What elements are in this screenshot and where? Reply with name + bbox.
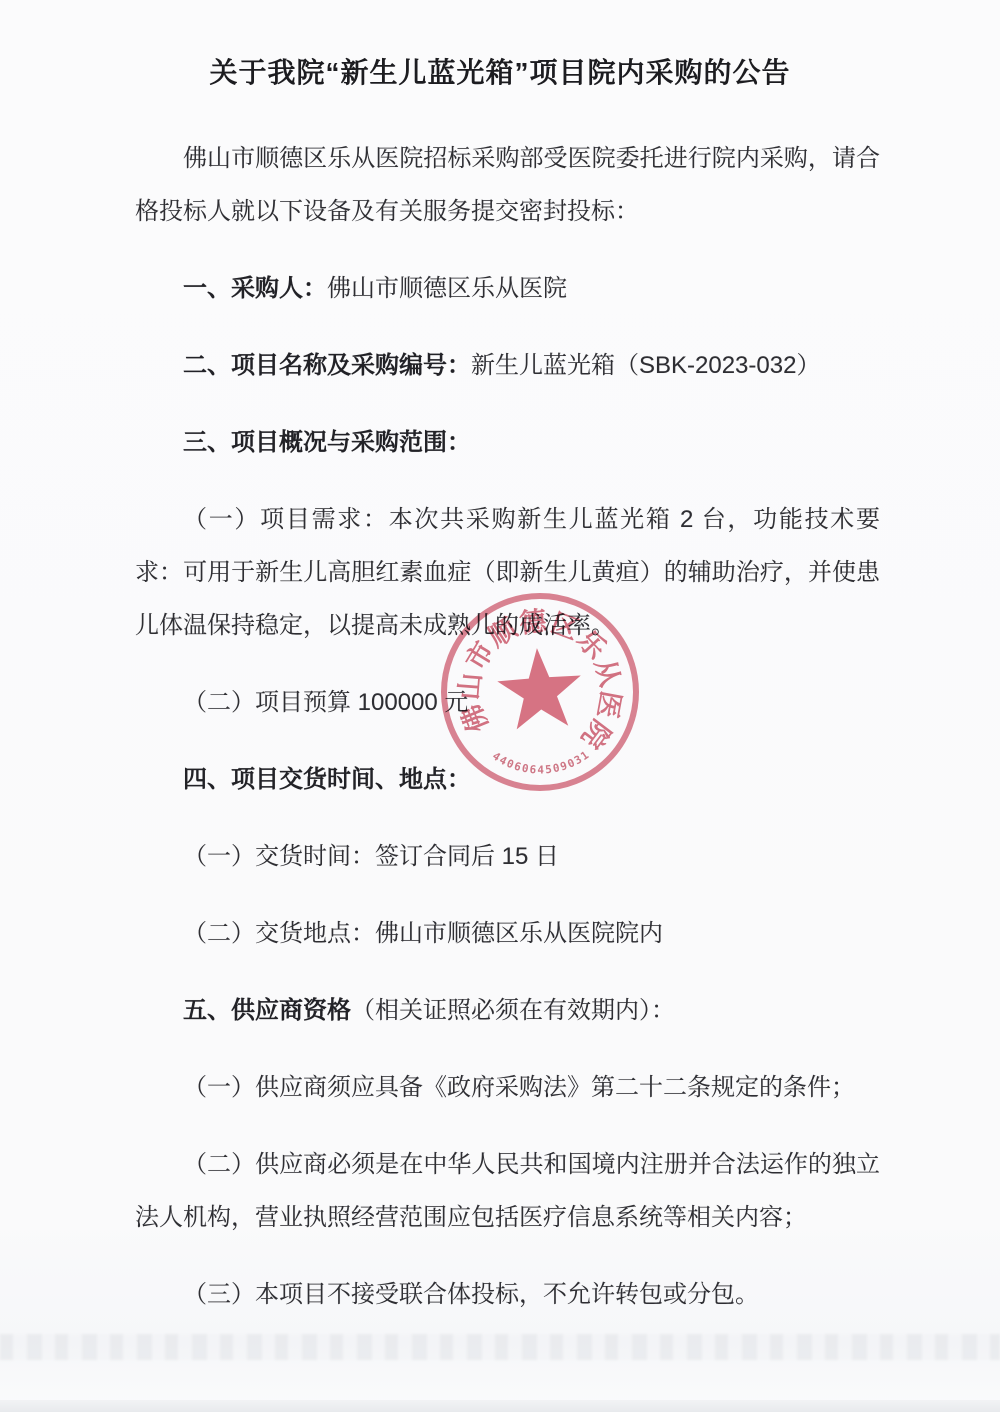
seal-org-char: 院: [576, 714, 616, 754]
scan-ghosting-artifact: [0, 1334, 1000, 1360]
official-seal-stamp: 佛山市顺德区乐从医院 4406064509031: [434, 586, 646, 798]
page-title: 关于我院“新生儿蓝光箱”项目院内采购的公告: [0, 0, 1000, 96]
intro-paragraph: 佛山市顺德区乐从医院招标采购部受医院委托进行院内采购，请合格投标人就以下设备及有…: [135, 132, 880, 238]
scan-bottom-edge: [0, 1400, 1000, 1412]
seal-org-char: 佛: [456, 700, 494, 736]
section-5-label: 五、供应商资格: [183, 997, 351, 1024]
clause-5-2-registration: （二）供应商必须是在中华人民共和国境内注册并合法运作的独立法人机构，营业执照经营…: [135, 1138, 880, 1244]
seal-number-arc: 4406064509031: [490, 748, 591, 776]
seal-org-char: 德: [518, 606, 549, 639]
section-2-label: 二、项目名称及采购编号：: [183, 352, 471, 379]
section-3-label: 三、项目概况与采购范围：: [183, 429, 471, 456]
section-1-value: 佛山市顺德区乐从医院: [327, 275, 567, 302]
seal-number-digit: 6: [529, 763, 537, 777]
section-5-supplier-qualification: 五、供应商资格（相关证照必须在有效期内）：: [135, 984, 880, 1037]
intro-text: 佛山市顺德区乐从医院招标采购部受医院委托进行院内采购，请合格投标人就以下设备及有…: [135, 145, 880, 225]
seal-graphic: 佛山市顺德区乐从医院 4406064509031: [434, 586, 646, 798]
section-2-project-name: 二、项目名称及采购编号：新生儿蓝光箱（SBK-2023-032）: [135, 339, 880, 392]
seal-star-icon: [497, 648, 580, 729]
seal-org-char: 医: [592, 689, 626, 721]
section-1-label: 一、采购人：: [183, 275, 327, 302]
clause-4-2-delivery-place: （二）交货地点：佛山市顺德区乐从医院院内: [135, 907, 880, 960]
clause-5-3-no-consortium: （三）本项目不接受联合体投标，不允许转包或分包。: [135, 1268, 880, 1321]
section-3-overview-heading: 三、项目概况与采购范围：: [135, 416, 880, 469]
clause-4-1-delivery-time: （一）交货时间：签订合同后 15 日: [135, 830, 880, 883]
clause-5-1-legal-condition: （一）供应商须应具备《政府采购法》第二十二条规定的条件；: [135, 1061, 880, 1114]
seal-org-char: 从: [589, 655, 625, 689]
section-2-value: 新生儿蓝光箱（SBK-2023-032）: [471, 352, 820, 379]
seal-number-digit: 4: [537, 763, 544, 776]
seal-org-char: 山: [454, 672, 486, 701]
section-5-note: （相关证照必须在有效期内）：: [351, 997, 675, 1024]
scanned-document-page: 关于我院“新生儿蓝光箱”项目院内采购的公告 佛山市顺德区乐从医院招标采购部受医院…: [0, 0, 1000, 1412]
section-4-label: 四、项目交货时间、地点：: [183, 766, 471, 793]
section-1-purchaser: 一、采购人：佛山市顺德区乐从医院: [135, 262, 880, 315]
